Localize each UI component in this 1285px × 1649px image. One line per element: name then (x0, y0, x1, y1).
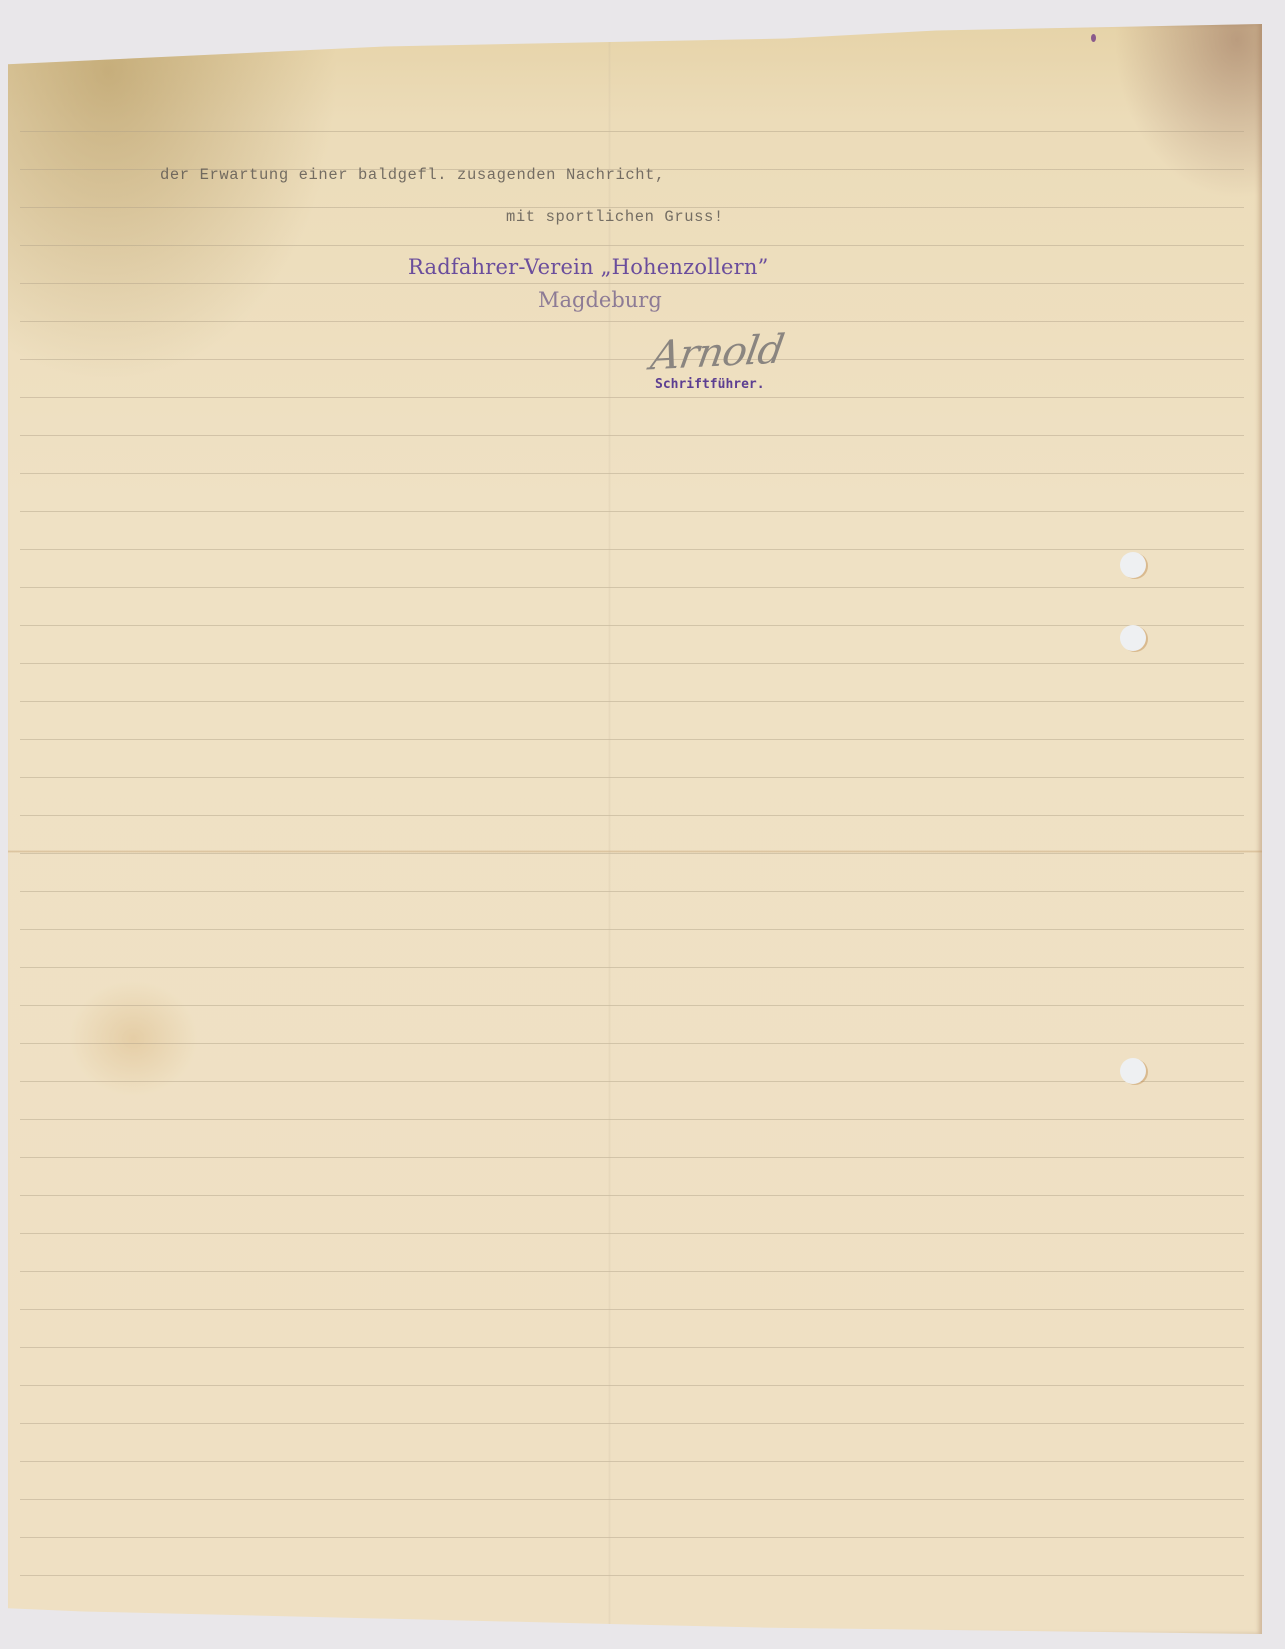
typed-line-greeting: mit sportlichen Gruss! (506, 208, 724, 226)
handwritten-signature: Arnold (648, 327, 787, 380)
punch-hole (1120, 552, 1146, 578)
stamp-city: Magdeburg (538, 288, 662, 312)
typed-line-closing-expectation: der Erwartung einer baldgefl. zusagenden… (160, 166, 665, 184)
ruled-lines (20, 94, 1244, 1594)
fold-crease (8, 850, 1262, 853)
ink-spot (1091, 34, 1096, 42)
stamp-organization-name: Radfahrer-Verein „Hohenzollern” (408, 255, 769, 279)
punch-hole (1120, 1058, 1146, 1084)
stamp-role-title: Schriftführer. (655, 377, 765, 392)
punch-hole (1120, 625, 1146, 651)
